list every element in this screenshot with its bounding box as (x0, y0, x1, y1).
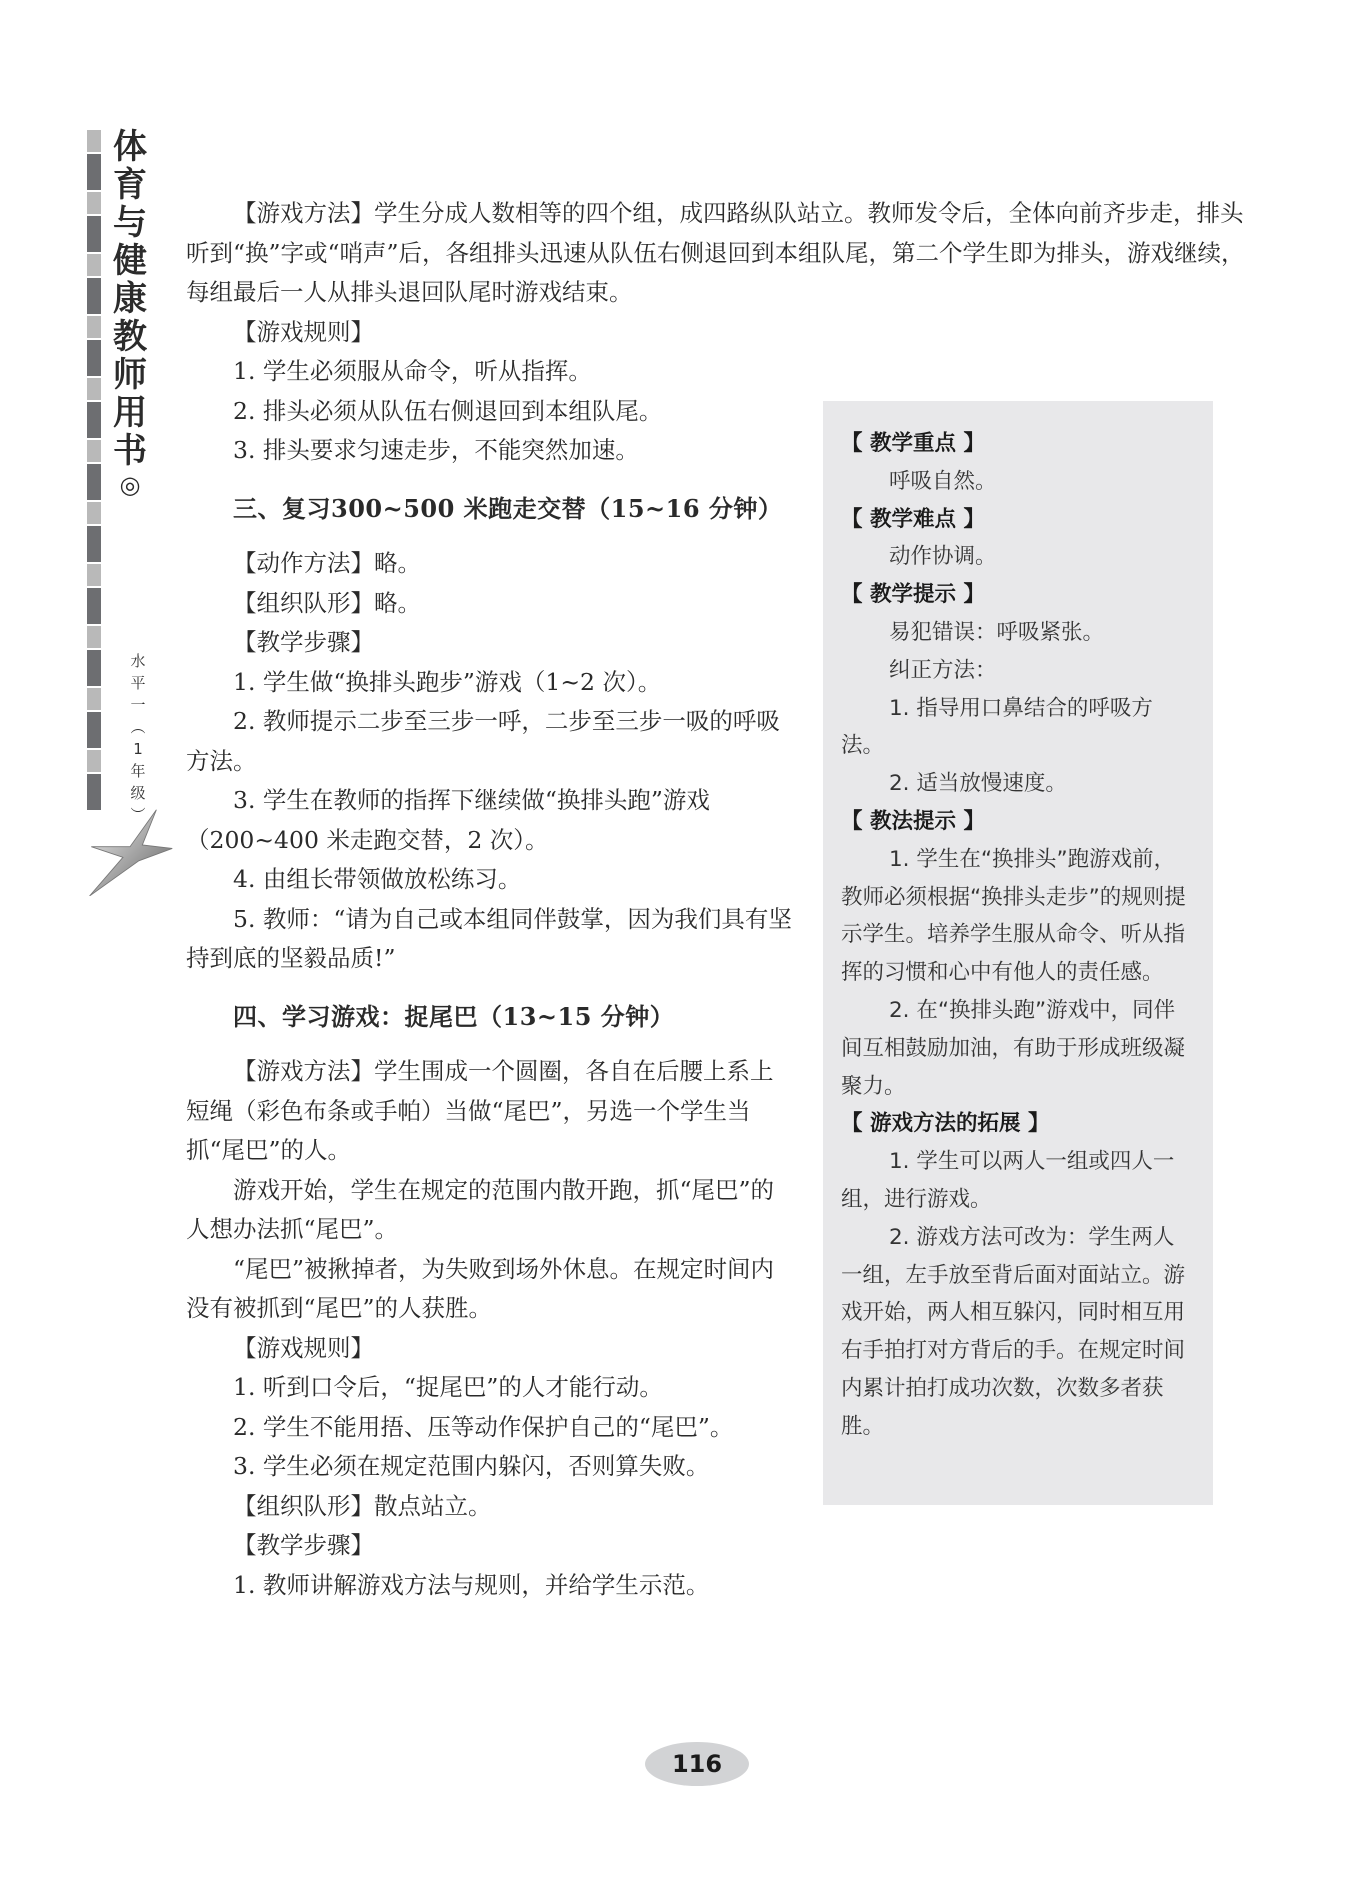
sidebar-text: 呼吸自然。 (841, 463, 1193, 501)
book-title-char: 与 (112, 204, 148, 242)
paragraph: 1. 教师讲解游戏方法与规则，并给学生示范。 (186, 1566, 794, 1606)
sidebar-text: 2. 适当放慢速度。 (841, 765, 1193, 803)
paragraph: 2. 教师提示二步至三步一呼，二步至三步一吸的呼吸方法。 (186, 702, 794, 781)
level-char: 水 (128, 650, 148, 672)
bar-segment (87, 192, 101, 214)
bar-segment (87, 340, 101, 376)
sidebar-text: 1. 指导用口鼻结合的呼吸方法。 (841, 690, 1193, 766)
paragraph: 【教学步骤】 (186, 1526, 794, 1566)
bar-segment (87, 378, 101, 400)
sidebar-heading-game-extension: 【 游戏方法的拓展 】 (841, 1105, 1193, 1143)
section-3: 三、复习300~500 米跑走交替（15~16 分钟） 【动作方法】略。 【组织… (186, 489, 794, 979)
bar-segment (87, 278, 101, 314)
paragraph: 5. 教师：“请为自己或本组同伴鼓掌，因为我们具有坚持到底的坚毅品质!” (186, 900, 794, 979)
sidebar-heading-teaching-tips: 【 教学提示 】 (841, 576, 1193, 614)
paragraph: 1. 听到口令后，“捉尾巴”的人才能行动。 (186, 1368, 794, 1408)
bar-segment (87, 626, 101, 648)
paragraph: 3. 学生在教师的指挥下继续做“换排头跑”游戏（200~400 米走跑交替，2 … (186, 781, 794, 860)
book-title-char: 师 (112, 356, 148, 394)
book-title-char: 教 (112, 318, 148, 356)
page-number: 116 (645, 1742, 749, 1786)
level-char: 一 (128, 694, 148, 716)
bar-segment (87, 650, 101, 686)
sidebar-heading-method-tips: 【 教法提示 】 (841, 803, 1193, 841)
sidebar-text: 2. 游戏方法可改为：学生两人一组，左手放至背后面对面站立。游戏开始，两人相互躲… (841, 1219, 1193, 1446)
section-heading: 四、学习游戏：捉尾巴（13~15 分钟） (233, 997, 794, 1037)
level-char: 平 (128, 672, 148, 694)
book-title-char: 育 (112, 166, 148, 204)
bar-segment (87, 774, 101, 810)
paragraph: “尾巴”被揪掉者，为失败到场外休息。在规定时间内没有被抓到“尾巴”的人获胜。 (186, 1250, 794, 1329)
bar-segment (87, 502, 101, 524)
book-title-char: 书 (112, 432, 148, 470)
bar-segment (87, 130, 101, 152)
book-title-vertical: 体 育 与 健 康 教 师 用 书 ◎ (112, 128, 148, 500)
paragraph: 【游戏方法】学生围成一个圆圈，各自在后腰上系上短绳（彩色布条或手帕）当做“尾巴”… (186, 1052, 794, 1171)
teaching-notes-sidebar: 【 教学重点 】 呼吸自然。 【 教学难点 】 动作协调。 【 教学提示 】 易… (823, 401, 1213, 1505)
book-title-char: 体 (112, 128, 148, 166)
paragraph: 【游戏方法】学生分成人数相等的四个组，成四路纵队站立。教师发令后，全体向前齐步走… (186, 194, 1246, 313)
paragraph: 2. 学生不能用捂、压等动作保护自己的“尾巴”。 (186, 1408, 794, 1448)
bar-segment (87, 216, 101, 252)
paragraph: 游戏开始，学生在规定的范围内散开跑，抓“尾巴”的人想办法抓“尾巴”。 (186, 1171, 794, 1250)
paragraph: 【游戏规则】 (186, 1329, 794, 1369)
book-title-char: 用 (112, 394, 148, 432)
bullseye-icon: ◎ (112, 470, 148, 500)
sidebar-text: 易犯错误：呼吸紧张。 (841, 614, 1193, 652)
grade-level-label: 水 平 一 ︵ 1 年 级 ︶ (128, 650, 148, 826)
level-char: 级 (128, 782, 148, 804)
sidebar-text: 1. 学生在“换排头”跑游戏前，教师必须根据“换排头走步”的规则提示学生。培养学… (841, 841, 1193, 992)
level-char: 1 (128, 738, 148, 760)
bar-segment (87, 464, 101, 500)
section-4: 四、学习游戏：捉尾巴（13~15 分钟） 【游戏方法】学生围成一个圆圈，各自在后… (186, 997, 794, 1606)
paragraph: 【教学步骤】 (186, 623, 794, 663)
paragraph: 1. 学生必须服从命令，听从指挥。 (186, 352, 1246, 392)
section-heading: 三、复习300~500 米跑走交替（15~16 分钟） (233, 489, 794, 529)
book-title-char: 康 (112, 280, 148, 318)
paragraph: 【游戏规则】 (186, 313, 1246, 353)
sidebar-text: 纠正方法： (841, 652, 1193, 690)
book-title-char: 健 (112, 242, 148, 280)
bar-segment (87, 688, 101, 710)
paragraph: 1. 学生做“换排头跑步”游戏（1~2 次）。 (186, 663, 794, 703)
bar-segment (87, 402, 101, 438)
sidebar-text: 1. 学生可以两人一组或四人一组，进行游戏。 (841, 1143, 1193, 1219)
sidebar-heading-key-point: 【 教学重点 】 (841, 425, 1193, 463)
sidebar-heading-difficulty: 【 教学难点 】 (841, 501, 1193, 539)
margin-decorative-bar (87, 130, 101, 812)
bar-segment (87, 588, 101, 624)
sidebar-text: 动作协调。 (841, 538, 1193, 576)
bar-segment (87, 526, 101, 562)
bar-segment (87, 564, 101, 586)
bar-segment (87, 154, 101, 190)
star-icon (86, 808, 174, 896)
level-char: 年 (128, 760, 148, 782)
paragraph: 【动作方法】略。 (186, 544, 794, 584)
level-char: ︵ (128, 716, 148, 738)
paragraph: 3. 学生必须在规定范围内躲闪，否则算失败。 (186, 1447, 794, 1487)
bar-segment (87, 316, 101, 338)
paragraph: 4. 由组长带领做放松练习。 (186, 860, 794, 900)
bar-segment (87, 254, 101, 276)
paragraph: 【组织队形】散点站立。 (186, 1487, 794, 1527)
bar-segment (87, 750, 101, 772)
paragraph: 【组织队形】略。 (186, 584, 794, 624)
bar-segment (87, 440, 101, 462)
sidebar-text: 2. 在“换排头跑”游戏中，同伴间互相鼓励加油，有助于形成班级凝聚力。 (841, 992, 1193, 1105)
bar-segment (87, 712, 101, 748)
